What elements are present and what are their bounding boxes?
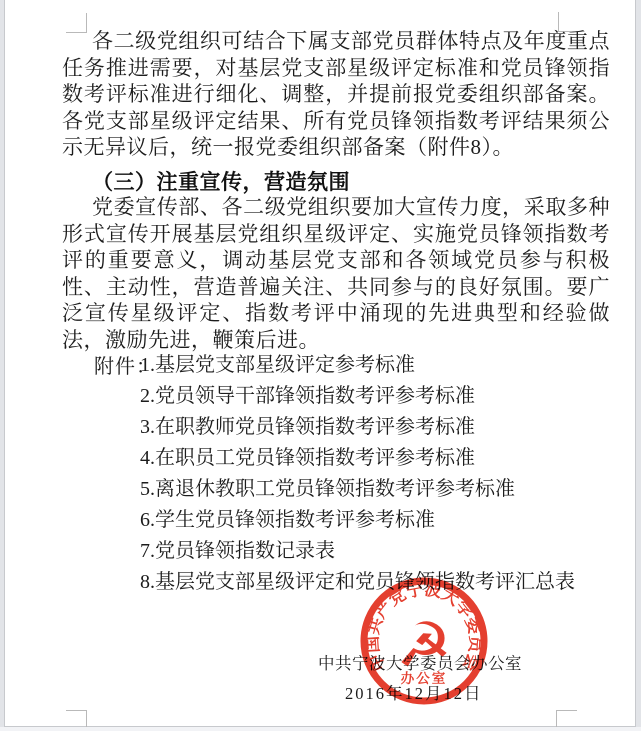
attachment-item: 5.离退休教职工党员锋领指数考评参考标准	[140, 474, 610, 505]
body-paragraph-1: 各二级党组织可结合下属支部党员群体特点及年度重点任务推进需要，对基层党支部星级评…	[62, 28, 610, 161]
attachment-item: 1.基层党支部星级评定参考标准	[140, 350, 610, 381]
attachment-item: 2.党员领导干部锋领指数考评参考标准	[140, 381, 610, 412]
attachments-list: 1.基层党支部星级评定参考标准 2.党员领导干部锋领指数考评参考标准 3.在职教…	[140, 350, 610, 598]
word-document-canvas: 各二级党组织可结合下属支部党员群体特点及年度重点任务推进需要，对基层党支部星级评…	[0, 0, 641, 731]
attachment-item: 6.学生党员锋领指数考评参考标准	[140, 505, 610, 536]
body-paragraph-2: 党委宣传部、各二级党组织要加大宣传力度，采取多种形式宣传开展基层党组织星级评定、…	[62, 194, 610, 354]
official-seal: 中国共产党宁波大学委员会 ☭ 办公室	[356, 573, 492, 709]
official-seal-graphic: 中国共产党宁波大学委员会 ☭ 办公室	[356, 573, 492, 709]
attachment-item: 3.在职教师党员锋领指数考评参考标准	[140, 412, 610, 443]
attachment-item: 7.党员锋领指数记录表	[140, 536, 610, 567]
seal-bottom-text: 办公室	[401, 670, 448, 686]
attachment-item: 4.在职员工党员锋领指数考评参考标准	[140, 443, 610, 474]
document-page[interactable]: 各二级党组织可结合下属支部党员群体特点及年度重点任务推进需要，对基层党支部星级评…	[4, 0, 636, 727]
canvas-bottom-strip	[0, 727, 641, 731]
section-heading: （三）注重宣传，营造氛围	[92, 166, 350, 196]
